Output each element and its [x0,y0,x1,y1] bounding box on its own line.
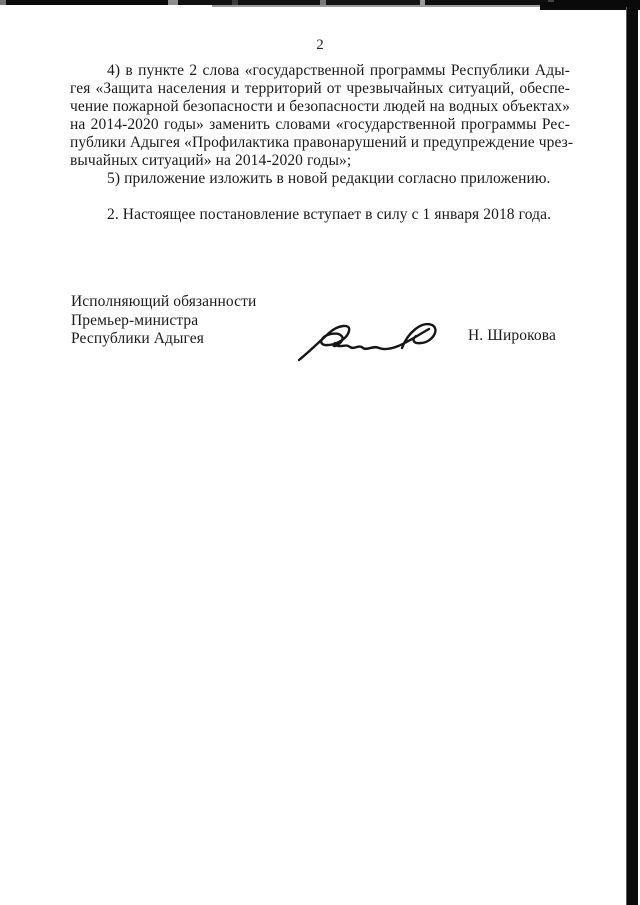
document-text-line: чение пожарной безопасности и безопаснос… [70,98,570,116]
page-number: 2 [70,37,570,54]
scan-artifact-top-bar-gray [212,5,542,7]
document-text-line: на 2014-2020 годы» заменить словами «гос… [70,116,570,134]
blank-line [70,188,570,206]
signatory-title-line: Республики Адыгея [71,330,256,349]
document-text-line: гея «Защита населения и территорий от чр… [70,80,570,98]
document-paragraph-effective-date: 2. Настоящее постановление вступает в си… [70,206,570,224]
scan-artifact-right-edge [626,7,638,905]
document-text-line: 4) в пункте 2 слова «государственной про… [70,62,570,80]
handwritten-signature-icon [291,314,459,364]
document-text-line: публики Адыгея «Профилактика правонаруше… [70,134,570,152]
scan-artifact-top-bar [0,0,640,5]
scan-artifact-top-bar-right [540,2,640,10]
document-text-line: 5) приложение изложить в новой редакции … [70,170,570,188]
signatory-title-line: Исполняющий обязанности [71,293,256,312]
signatory-name: Н. Широкова [468,327,556,345]
document-text-line: вычайных ситуаций» на 2014-2020 годы»; [70,152,570,170]
signatory-title-line: Премьер-министра [71,312,256,331]
scanned-document-page: 2 4) в пункте 2 слова «государственной п… [0,0,640,905]
signatory-title-block: Исполняющий обязанности Премьер-министра… [71,293,256,349]
scan-artifact-top-edge [0,0,640,12]
document-body: 4) в пункте 2 слова «государственной про… [70,62,570,224]
